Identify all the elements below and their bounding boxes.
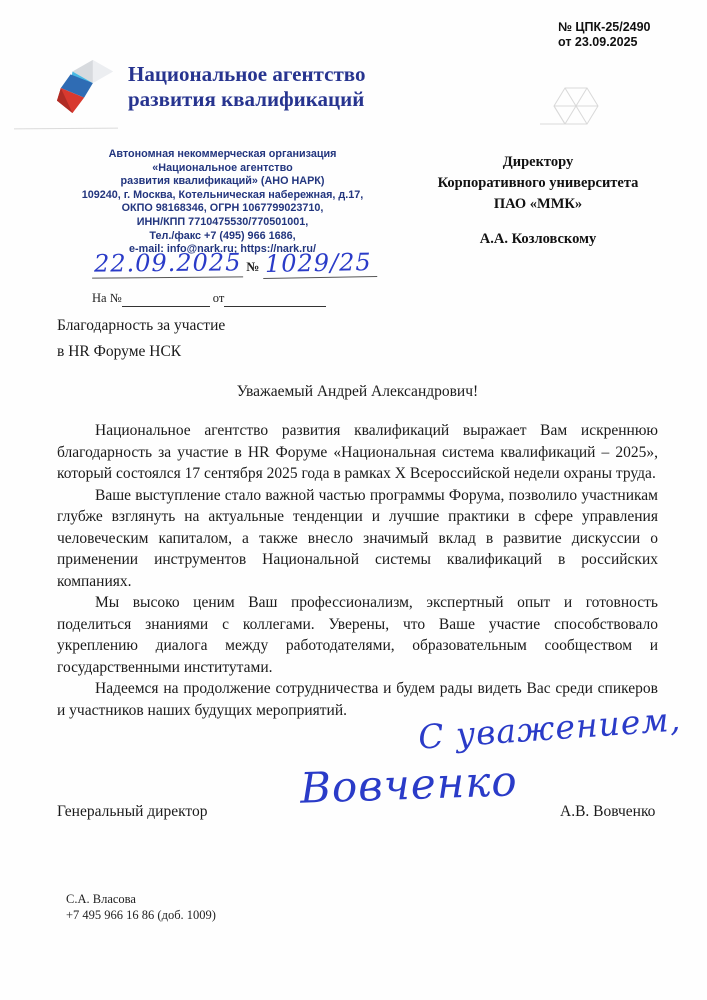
executor-name: С.А. Власова — [66, 891, 216, 907]
letterhead-line: «Национальное агентство — [75, 162, 370, 176]
recipient-block: Директору Корпоративного университета ПА… — [388, 152, 688, 250]
handwritten-date: 22.09.2025 — [92, 249, 244, 278]
organization-name-line2: развития квалификаций — [128, 87, 365, 112]
na-number-label: На № — [92, 291, 122, 305]
recipient-title: Директору — [388, 152, 688, 173]
subject-block: Благодарность за участие в HR Форуме НСК — [57, 313, 225, 365]
letterhead-line: Автономная некоммерческая организация — [75, 148, 370, 162]
number-sign-label: № — [243, 259, 262, 278]
scan-artifact-line — [14, 128, 118, 130]
nark-logo-icon — [56, 58, 120, 116]
body-paragraph: Мы высоко ценим Ваш профессионализм, экс… — [57, 592, 658, 678]
letterhead-line: Тел./факс +7 (495) 966 1686, — [75, 230, 370, 244]
letterhead-line: 109240, г. Москва, Котельническая набере… — [75, 189, 370, 203]
reference-block: № ЦПК-25/2490 от 23.09.2025 — [558, 20, 651, 50]
subject-line1: Благодарность за участие — [57, 313, 225, 339]
letter-page: № ЦПК-25/2490 от 23.09.2025 Национальное… — [0, 0, 707, 1000]
executor-phone: +7 495 966 16 86 (доб. 1009) — [66, 907, 216, 923]
handwritten-outgoing-number: 1029/25 — [262, 249, 376, 279]
letterhead-line: ОКПО 98168346, ОГРН 1067799023710, — [75, 202, 370, 216]
handwritten-signature: Вовченко — [299, 756, 518, 813]
recipient-person-name: А.А. Козловскому — [388, 229, 688, 250]
body-paragraph: Ваше выступление стало важной частью про… — [57, 485, 658, 593]
recipient-org-name: ПАО «ММК» — [388, 194, 688, 215]
reply-number-blank — [122, 291, 210, 307]
signer-title: Генеральный директор — [57, 803, 208, 821]
outgoing-ref-line: 22.09.2025 № 1029/25 — [92, 250, 377, 278]
reference-number: № ЦПК-25/2490 — [558, 20, 651, 35]
ot-label: от — [213, 291, 225, 305]
recipient-org-line: Корпоративного университета — [388, 173, 688, 194]
signer-name: А.В. Вовченко — [560, 803, 655, 821]
executor-contact: С.А. Власова +7 495 966 16 86 (доб. 1009… — [66, 891, 216, 923]
reference-date: от 23.09.2025 — [558, 35, 651, 50]
letterhead-details: Автономная некоммерческая организация «Н… — [75, 148, 370, 257]
organization-name: Национальное агентство развития квалифик… — [128, 62, 365, 112]
triangle-mesh-watermark — [540, 86, 612, 138]
letterhead-line: ИНН/КПП 7710475530/770501001, — [75, 216, 370, 230]
body-paragraph: Национальное агентство развития квалифик… — [57, 420, 658, 485]
letterhead-line: развития квалификаций» (АНО НАРК) — [75, 175, 370, 189]
reply-date-blank — [224, 291, 326, 307]
reply-reference-line: На № от — [92, 291, 326, 307]
subject-line2: в HR Форуме НСК — [57, 339, 225, 365]
letter-body: Национальное агентство развития квалифик… — [57, 420, 658, 721]
organization-name-line1: Национальное агентство — [128, 62, 365, 87]
salutation: Уважаемый Андрей Александрович! — [57, 383, 658, 401]
organization-logo: Национальное агентство развития квалифик… — [56, 58, 365, 116]
